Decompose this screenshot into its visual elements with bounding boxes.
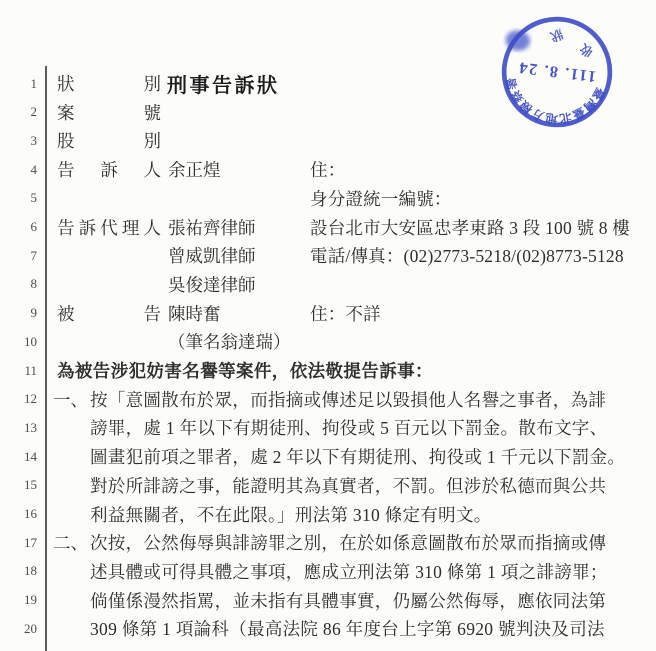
line-number: 19	[0, 592, 46, 608]
table-row: 8 吳俊達律師	[0, 270, 646, 299]
line-number: 3	[0, 133, 46, 149]
table-row: 3 股別	[0, 126, 646, 155]
line-number: 1	[0, 76, 46, 92]
pen-name-note: （筆名翁達瑞）	[161, 329, 310, 354]
complaint-heading: 為被告涉犯妨害名譽等案件，依法敬提告訴事：	[57, 358, 433, 383]
attorney-name: 吳俊達律師	[161, 272, 310, 297]
page-title: 刑事告訴狀	[167, 69, 280, 98]
line-number: 9	[0, 305, 46, 321]
table-row: 14 圖畫犯前項之罪者，處 2 年以下有期徒刑、拘役或 1 千元以下罰金。	[0, 442, 646, 471]
line-number: 7	[0, 248, 46, 264]
line-number: 6	[0, 219, 46, 235]
body-text: 對於所誹謗之事，能證明其為真實者，不罰。但涉於私德而與公共	[90, 473, 646, 498]
body-text: 次按，公然侮辱與誹謗罪之別，在於如係意圖散布於眾而指摘或傳	[90, 530, 646, 555]
table-row: 5 身分證統一編號：	[0, 184, 646, 213]
stamp-date: 111. 8. 24	[517, 58, 597, 85]
line-number: 15	[0, 477, 46, 493]
party-name: 陳時奮	[161, 301, 310, 326]
line-number: 18	[0, 563, 46, 579]
table-row: 13 謗罪，處 1 年以下有期徒刑、拘役或 5 百元以下罰金。散布文字、	[0, 413, 646, 442]
body-text: 述具體或可得具體之事項，應成立刑法第 310 條第 1 項之誹謗罪；	[90, 559, 646, 584]
table-row: 17 二、 次按，公然侮辱與誹謗罪之別，在於如係意圖散布於眾而指摘或傳	[0, 528, 646, 557]
attorney-name: 曾威凱律師	[161, 243, 310, 268]
table-row: 4 告訴人 余正煌 住：	[0, 155, 646, 184]
line-number: 20	[0, 621, 46, 637]
table-row: 19 倘僅係漫然指罵，並未指有具體事實，仍屬公然侮辱，應依同法第	[0, 586, 646, 615]
table-row: 11 為被告涉犯妨害名譽等案件，依法敬提告訴事：	[0, 356, 646, 385]
form-label: 股別	[57, 128, 161, 153]
line-number: 2	[0, 104, 46, 120]
body-text: 圖畫犯前項之罪者，處 2 年以下有期徒刑、拘役或 1 千元以下罰金。	[90, 444, 646, 469]
table-row: 12 一、 按「意圖散布於眾，而指摘或傳述足以毀損他人名譽之事者，為誹	[0, 385, 646, 414]
line-number: 5	[0, 190, 46, 206]
form-label: 被告	[57, 301, 161, 326]
table-row: 7 曾威凱律師 電話/傳真：(02)2773-5218/(02)8773-512…	[0, 241, 646, 270]
address-field: 住：	[310, 157, 646, 182]
body-text: 倘僅係漫然指罵，並未指有具體事實，仍屬公然侮辱，應依同法第	[90, 588, 646, 613]
line-number: 13	[0, 420, 46, 436]
line-number: 16	[0, 506, 46, 522]
address-field: 設台北市大安區忠孝東路 3 段 100 號 8 樓	[310, 215, 646, 240]
form-label: 案號	[57, 100, 161, 125]
address-field: 住：不詳	[310, 301, 646, 326]
line-number: 12	[0, 391, 46, 407]
list-marker: 二、	[53, 530, 90, 555]
attorney-name: 張祐齊律師	[161, 215, 310, 240]
table-row: 20 309 條第 1 項論科（最高法院 86 年度台上字第 6920 號判決及…	[0, 614, 646, 643]
line-number: 14	[0, 449, 46, 465]
body-text: 309 條第 1 項論科（最高法院 86 年度台上字第 6920 號判決及司法	[90, 616, 646, 641]
table-row: 10 （筆名翁達瑞）	[0, 327, 646, 356]
date-stamp: 臺灣臺北地方檢察署 收狀 111. 8. 24	[491, 8, 624, 136]
table-row: 9 被告 陳時奮 住：不詳	[0, 299, 646, 328]
body-text: 利益無關者，不在此限。」刑法第 310 條定有明文。	[90, 502, 646, 527]
body-text: 謗罪，處 1 年以下有期徒刑、拘役或 5 百元以下罰金。散布文字、	[90, 415, 646, 440]
form-label: 狀別	[57, 71, 161, 96]
table-row: 16 利益無關者，不在此限。」刑法第 310 條定有明文。	[0, 500, 646, 529]
body-text: 按「意圖散布於眾，而指摘或傳述足以毀損他人名譽之事者，為誹	[90, 387, 646, 412]
phone-fax-field: 電話/傳真：(02)2773-5218/(02)8773-5128	[310, 243, 646, 268]
line-number: 8	[0, 276, 46, 292]
table-row: 6 告訴代理人 張祐齊律師 設台北市大安區忠孝東路 3 段 100 號 8 樓	[0, 213, 646, 242]
line-number: 17	[0, 535, 46, 551]
line-number: 10	[0, 334, 46, 350]
line-number: 11	[0, 363, 46, 379]
form-label: 告訴代理人	[57, 215, 161, 240]
party-name: 余正煌	[161, 157, 310, 182]
form-label: 告訴人	[57, 157, 161, 182]
table-row: 18 述具體或可得具體之事項，應成立刑法第 310 條第 1 項之誹謗罪；	[0, 557, 646, 586]
table-row: 15 對於所誹謗之事，能證明其為真實者，不罰。但涉於私德而與公共	[0, 471, 646, 500]
id-number-field: 身分證統一編號：	[310, 186, 646, 211]
scanned-complaint-page: 1 狀別 刑事告訴狀 2 案號 3 股別 4 告訴人 余正煌 住： 5 身分證統…	[0, 0, 656, 651]
line-number: 4	[0, 162, 46, 178]
list-marker: 一、	[53, 387, 90, 412]
